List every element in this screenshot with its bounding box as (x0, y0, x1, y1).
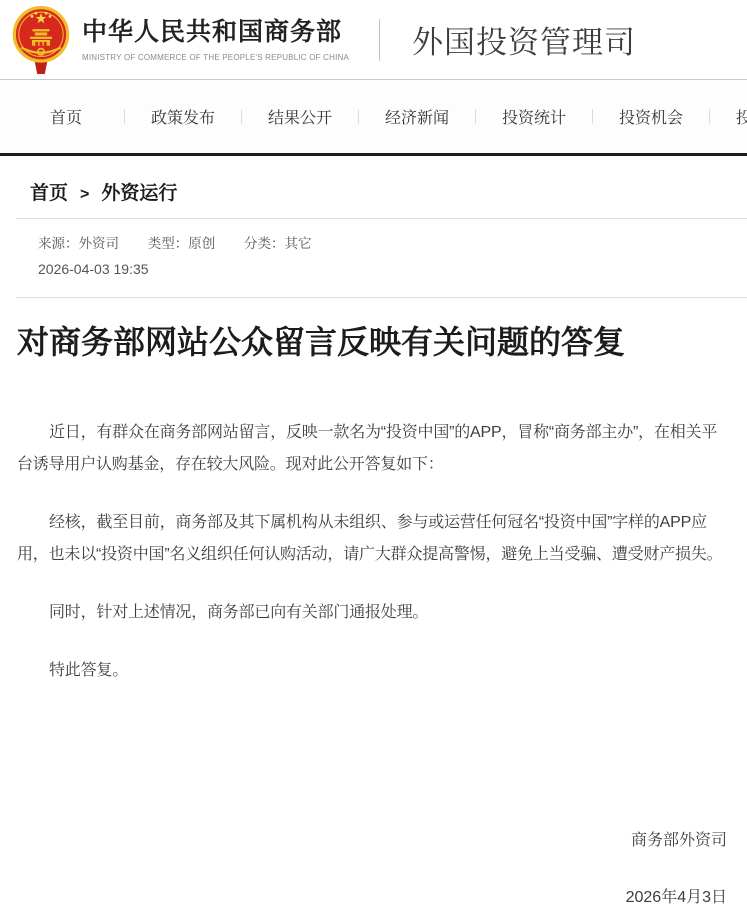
signature-department: 商务部外资司 (17, 829, 727, 853)
publish-datetime: 2026-04-03 19:35 (38, 261, 747, 278)
meta-type-value: 原创 (188, 236, 215, 251)
org-name-cn: 中华人民共和国商务部 (82, 18, 349, 46)
article-paragraph-1: 近日，有群众在商务部网站留言，反映一款名为“投资中国”的APP，冒称“商务部主办… (17, 417, 731, 481)
nav-item-home[interactable]: 首页 (8, 105, 124, 128)
breadcrumb-separator: > (80, 186, 89, 203)
article-paragraph-4: 特此答复。 (17, 655, 731, 687)
meta-source-label: 来源： (38, 236, 79, 251)
signature-date: 2026年4月3日 (17, 886, 727, 910)
department-title: 外国投资管理司 (412, 17, 636, 62)
article: 对商务部网站公众留言反映有关问题的答复 近日，有群众在商务部网站留言，反映一款名… (17, 321, 741, 910)
breadcrumb: 首页>外资运行 (30, 182, 747, 207)
main-nav: 首页 政策发布 结果公开 经济新闻 投资统计 投资机会 投 (0, 80, 747, 156)
meta-source: 来源：外资司 (38, 236, 119, 251)
breadcrumb-bar: 首页>外资运行 (16, 182, 747, 219)
nav-item-results[interactable]: 结果公开 (242, 105, 358, 128)
home-logo-link[interactable]: 中华人民共和国商务部 MINISTRY OF COMMERCE OF THE P… (9, 5, 349, 75)
article-title: 对商务部网站公众留言反映有关问题的答复 (17, 321, 741, 363)
article-meta-bar: 来源：外资司 类型：原创 分类：其它 2026-04-03 19:35 (16, 219, 747, 298)
meta-type-label: 类型： (148, 236, 189, 251)
breadcrumb-category-link[interactable]: 外资运行 (101, 183, 177, 204)
nav-item-policy[interactable]: 政策发布 (125, 105, 241, 128)
org-name-en: MINISTRY OF COMMERCE OF THE PEOPLE'S REP… (82, 53, 349, 62)
article-paragraph-2: 经核，截至目前，商务部及其下属机构从未组织、参与或运营任何冠名“投资中国”字样的… (17, 507, 731, 571)
article-paragraph-3: 同时，针对上述情况，商务部已向有关部门通报处理。 (17, 597, 731, 629)
nav-item-economic-news[interactable]: 经济新闻 (359, 105, 475, 128)
site-header: 中华人民共和国商务部 MINISTRY OF COMMERCE OF THE P… (0, 0, 747, 80)
nav-item-investment-statistics[interactable]: 投资统计 (476, 105, 592, 128)
meta-fields-line: 来源：外资司 类型：原创 分类：其它 (38, 236, 747, 252)
nav-item-investment-opportunities[interactable]: 投资机会 (593, 105, 709, 128)
article-body: 近日，有群众在商务部网站留言，反映一款名为“投资中国”的APP，冒称“商务部主办… (17, 417, 741, 687)
china-national-emblem-icon (9, 5, 73, 75)
org-name-block: 中华人民共和国商务部 MINISTRY OF COMMERCE OF THE P… (82, 18, 349, 62)
meta-category: 分类：其它 (244, 236, 312, 251)
signature-block: 商务部外资司 2026年4月3日 (17, 829, 727, 910)
meta-category-label: 分类： (244, 236, 285, 251)
header-vertical-divider (379, 19, 380, 61)
meta-category-value: 其它 (285, 236, 312, 251)
nav-item-clipped[interactable]: 投 (710, 105, 747, 128)
breadcrumb-home-link[interactable]: 首页 (30, 183, 68, 204)
meta-type: 类型：原创 (148, 236, 216, 251)
meta-source-value: 外资司 (79, 236, 120, 251)
